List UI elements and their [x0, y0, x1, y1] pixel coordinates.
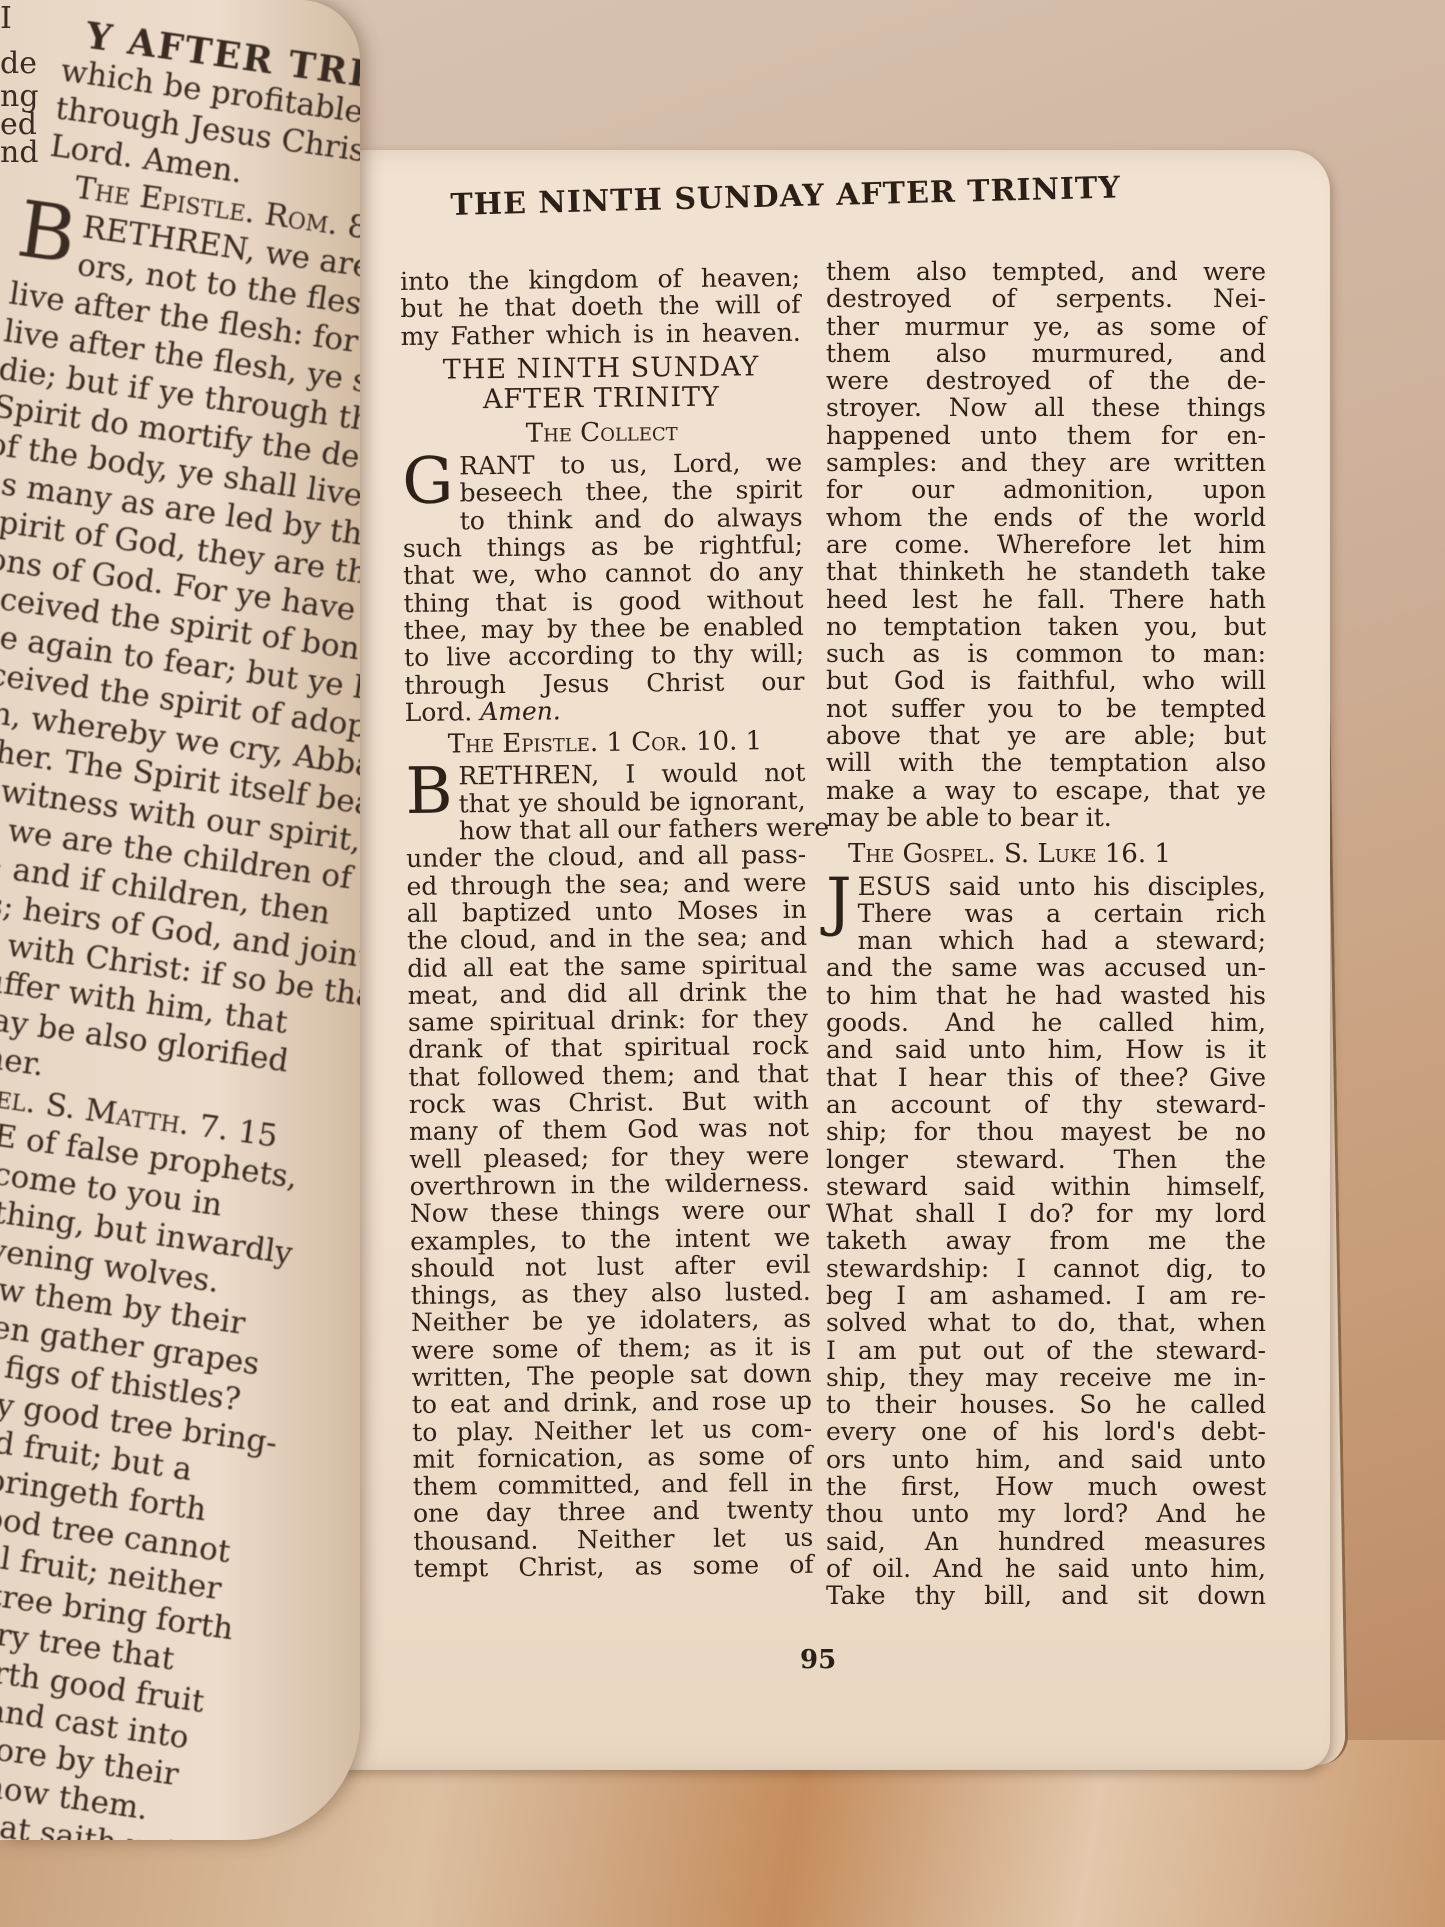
collect-heading: The Collect	[402, 418, 802, 449]
gospel-body: J ESUS said unto his disciples, There wa…	[826, 873, 1266, 1610]
amen: Amen.	[480, 696, 561, 726]
text-line: ship; for thou mayest be no	[826, 1118, 1266, 1145]
gospel-heading: The Gospel. S. Luke 16. 1	[848, 841, 1266, 868]
text-line: that thinketh he standeth take	[826, 558, 1266, 585]
text-line: I am put out of the steward-	[826, 1337, 1266, 1364]
text-line: ors unto him, and said unto	[826, 1446, 1266, 1473]
text-line: are come. Wherefore let him	[826, 531, 1266, 558]
text-line: man which had a steward;	[826, 927, 1266, 954]
text-line: make a way to escape, that ye	[826, 777, 1266, 804]
text-line: solved what to do, that, when	[826, 1309, 1266, 1336]
text-line: such as is common to man:	[826, 640, 1266, 667]
text-line: every one of his lord's debt-	[826, 1418, 1266, 1445]
section-title-line: AFTER TRINITY	[401, 382, 801, 416]
text-line: stroyer. Now all these things	[826, 394, 1266, 421]
text-line: said, An hundred measures	[826, 1528, 1266, 1555]
epistle-heading: The Epistle. 1 Cor. 10. 1	[405, 728, 805, 759]
text-line: Lord. Amen.	[405, 695, 805, 726]
text-line: the first, How much owest	[826, 1473, 1266, 1500]
left-page-text: Y AFTER TRINITY which be profitable for …	[0, 0, 360, 1840]
text-line: ESUS said unto his disciples,	[826, 873, 1266, 900]
text-line: beg I am ashamed. I am re-	[826, 1282, 1266, 1309]
text-line: whom the ends of the world	[826, 504, 1266, 531]
text-line: happened unto them for en-	[826, 422, 1266, 449]
text-line: but God is faithful, who will	[826, 667, 1266, 694]
left-page: Y AFTER TRINITY which be profitable for …	[0, 0, 360, 1840]
text-line: Take thy bill, and sit down	[826, 1582, 1266, 1609]
collect-final-word: Lord.	[405, 697, 473, 727]
drop-cap: B	[14, 199, 79, 266]
text-line: and said unto him, How is it	[826, 1036, 1266, 1063]
epistle-body: B RETHREN, I would not that ye should be…	[405, 759, 814, 1582]
text-line: them also tempted, and were	[826, 258, 1266, 285]
drop-cap: B	[405, 765, 453, 819]
text-line: thou unto my lord? And he	[826, 1500, 1266, 1527]
text-line: through Jesus Christ our	[404, 667, 804, 698]
text-line: may be able to bear it.	[826, 804, 1266, 831]
text-line: an account of thy steward-	[826, 1091, 1266, 1118]
text-line: What shall I do? for my lord	[826, 1200, 1266, 1227]
collect-body: G RANT to us, Lord, we beseech thee, the…	[402, 449, 805, 726]
text-line: goods. And he called him,	[826, 1009, 1266, 1036]
text-line: steward said within himself,	[826, 1173, 1266, 1200]
text-line: will with the temptation also	[826, 749, 1266, 776]
right-page-left-column: into the kingdom of heaven; but he that …	[400, 264, 814, 1582]
text-line: heed lest he fall. There hath	[826, 586, 1266, 613]
text-line: no temptation taken you, but	[826, 613, 1266, 640]
text-line: and the same was accused un-	[826, 954, 1266, 981]
text-line: of oil. And he said unto him,	[826, 1555, 1266, 1582]
text-line: longer steward. Then the	[826, 1146, 1266, 1173]
text-line: not suffer you to be tempted	[826, 695, 1266, 722]
margin-fragment: nd	[0, 134, 39, 172]
text-line: stewardship: I cannot dig, to	[826, 1255, 1266, 1282]
text-line: them also murmured, and	[826, 340, 1266, 367]
text-line: There was a certain rich	[826, 900, 1266, 927]
section-title-line: THE NINTH SUNDAY	[401, 352, 801, 386]
text-line: that I hear this of thee? Give	[826, 1064, 1266, 1091]
drop-cap: J	[826, 875, 852, 929]
text-line: my Father which is in heaven.	[401, 318, 801, 349]
text-line: taketh away from me the	[826, 1227, 1266, 1254]
margin-fragment: I	[0, 0, 12, 38]
text-line: ther murmur ye, as some of	[826, 313, 1266, 340]
text-line: tempt Christ, as some of	[413, 1551, 813, 1582]
left-epistle-body: B RETHREN, we are debt- ors, not to the …	[0, 199, 359, 1112]
drop-cap: G	[402, 455, 454, 510]
page-number: 95	[800, 1645, 836, 1675]
text-line: to their houses. So he called	[826, 1391, 1266, 1418]
text-line: were destroyed of the de-	[826, 367, 1266, 394]
text-line: above that ye are able; but	[826, 722, 1266, 749]
text-line: destroyed of serpents. Nei-	[826, 285, 1266, 312]
text-line: samples: and they are written	[826, 449, 1266, 476]
left-gospel-body: B EWARE of false prophets, which come to…	[0, 1094, 233, 1840]
text-line: to him that he had wasted his	[826, 982, 1266, 1009]
text-line: for our admonition, upon	[826, 476, 1266, 503]
section-title: THE NINTH SUNDAY AFTER TRINITY	[401, 352, 802, 416]
text-line: ship, they may receive me in-	[826, 1364, 1266, 1391]
right-page-right-column: them also tempted, and were destroyed of…	[826, 258, 1266, 1610]
